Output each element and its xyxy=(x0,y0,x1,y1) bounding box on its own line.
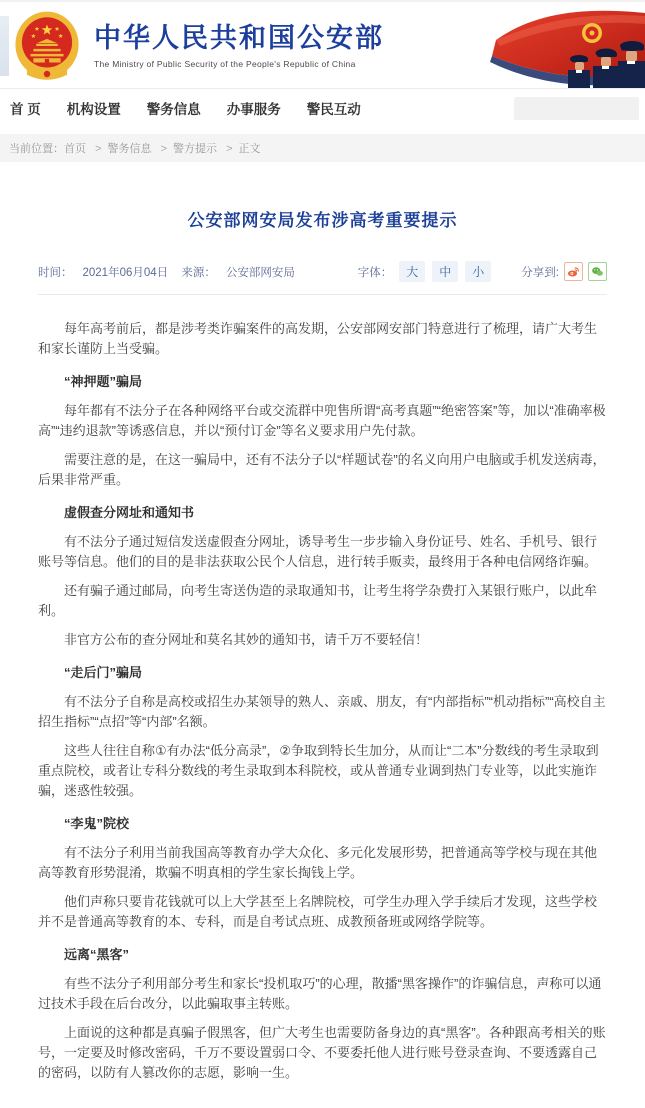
search-box[interactable] xyxy=(514,97,639,120)
national-emblem-icon xyxy=(14,10,80,82)
time-value: 2021年06月04日 xyxy=(83,267,169,279)
article-heading: 远离“黑客” xyxy=(38,945,607,965)
breadcrumb-separator: > xyxy=(226,143,232,155)
time-label: 时间： xyxy=(38,267,73,279)
article-paragraph: 上面说的这种都是真骗子假黑客，但广大考生也需要防备身边的真“黑客”。各种跟高考相… xyxy=(38,1023,607,1083)
wechat-share-icon[interactable] xyxy=(588,262,607,281)
font-size-chip[interactable]: 中 xyxy=(432,261,458,282)
article-paragraph: 非官方公布的查分网址和莫名其妙的通知书，请千万不要轻信！ xyxy=(38,630,607,650)
article-paragraph: 这些人往往自称①有办法“低分高录”，②争取到特长生加分，从而让“二本”分数线的考… xyxy=(38,741,607,801)
breadcrumb-separator: > xyxy=(95,143,101,155)
nav-item[interactable]: 办事服务 xyxy=(227,98,281,118)
breadcrumb-items: >首页 >警务信息 >警方提示 >正文 xyxy=(64,140,261,156)
breadcrumb-item: >警方提示 xyxy=(155,143,217,155)
article-meta-left: 时间：2021年06月04日 来源：公安部网安局 xyxy=(38,264,305,280)
article-paragraph: 有不法分子自称是高校或招生办某领导的熟人、亲戚、朋友，有“内部指标”“机动指标”… xyxy=(38,692,607,732)
article-paragraph: 还有骗子通过邮局，向考生寄送伪造的录取通知书，让考生将学杂费打入某银行账户，以此… xyxy=(38,581,607,621)
breadcrumb-item: >首页 xyxy=(64,143,86,155)
breadcrumb-link[interactable]: 警务信息 xyxy=(108,143,152,155)
article: 公安部网安局发布涉高考重要提示 时间：2021年06月04日 来源：公安部网安局… xyxy=(0,206,645,1108)
site-subtitle: The Ministry of Public Security of the P… xyxy=(94,59,384,69)
font-size-chip[interactable]: 小 xyxy=(465,261,491,282)
weibo-share-icon[interactable] xyxy=(564,262,583,281)
breadcrumb-item: >警务信息 xyxy=(89,143,151,155)
page-title: 公安部网安局发布涉高考重要提示 xyxy=(38,206,607,231)
font-size-control: 字体： 大 中 小 xyxy=(358,261,492,282)
breadcrumb-separator: > xyxy=(161,143,167,155)
article-paragraph: 他们声称只要肯花钱就可以上大学甚至上名牌院校，可学生办理入学手续后才发现，这些学… xyxy=(38,892,607,932)
nav-item[interactable]: 警务信息 xyxy=(147,98,201,118)
article-body: 每年高考前后，都是涉考类诈骗案件的高发期，公安部网安部门特意进行了梳理，请广大考… xyxy=(38,319,607,1083)
share-control: 分享到: xyxy=(521,262,607,281)
site-title: 中华人民共和国公安部 xyxy=(94,23,384,54)
source-label: 来源： xyxy=(181,267,216,279)
police-flag-image xyxy=(480,4,645,88)
breadcrumb-link[interactable]: 正文 xyxy=(239,143,261,155)
breadcrumb-label: 当前位置： xyxy=(9,140,64,156)
article-heading: “神押题”骗局 xyxy=(38,372,607,392)
article-paragraph: 有些不法分子利用部分考生和家长“投机取巧”的心理，散播“黑客操作”的诈骗信息，声… xyxy=(38,974,607,1014)
search-input[interactable] xyxy=(514,97,645,120)
article-paragraph: 每年都有不法分子在各种网络平台或交流群中兜售所谓“高考真题”“绝密答案”等，加以… xyxy=(38,401,607,441)
breadcrumb-link[interactable]: 首页 xyxy=(64,143,86,155)
header-left-decoration xyxy=(0,16,9,76)
site-header: 中华人民共和国公安部 The Ministry of Public Securi… xyxy=(0,0,645,88)
article-heading: “走后门”骗局 xyxy=(38,663,607,683)
share-label: 分享到: xyxy=(521,264,559,280)
nav-item[interactable]: 警民互动 xyxy=(307,98,361,118)
font-size-label: 字体： xyxy=(358,264,393,280)
breadcrumb-link[interactable]: 警方提示 xyxy=(173,143,217,155)
article-heading: “李鬼”院校 xyxy=(38,814,607,834)
main-nav: 首 页 机构设置 警务信息 办事服务 警民互动 xyxy=(0,88,645,127)
nav-item[interactable]: 机构设置 xyxy=(67,98,121,118)
article-paragraph: 需要注意的是，在这一骗局中，还有不法分子以“样题试卷”的名义向用户电脑或手机发送… xyxy=(38,450,607,490)
article-paragraph: 有不法分子利用当前我国高等教育办学大众化、多元化发展形势，把普通高等学校与现在其… xyxy=(38,843,607,883)
article-paragraph: 有不法分子通过短信发送虚假查分网址，诱导考生一步步输入身份证号、姓名、手机号、银… xyxy=(38,532,607,572)
breadcrumb: 当前位置： >首页 >警务信息 >警方提示 >正文 xyxy=(0,134,645,162)
source-value: 公安部网安局 xyxy=(226,267,295,279)
article-meta-row: 时间：2021年06月04日 来源：公安部网安局 字体： 大 中 小 分享到: xyxy=(38,261,607,295)
font-size-chip[interactable]: 大 xyxy=(399,261,425,282)
nav-item[interactable]: 首 页 xyxy=(10,98,41,118)
site-logo[interactable]: 中华人民共和国公安部 The Ministry of Public Securi… xyxy=(14,10,384,82)
article-heading: 虚假查分网址和通知书 xyxy=(38,503,607,523)
breadcrumb-item: >正文 xyxy=(220,143,260,155)
article-paragraph: 每年高考前后，都是涉考类诈骗案件的高发期，公安部网安部门特意进行了梳理，请广大考… xyxy=(38,319,607,359)
